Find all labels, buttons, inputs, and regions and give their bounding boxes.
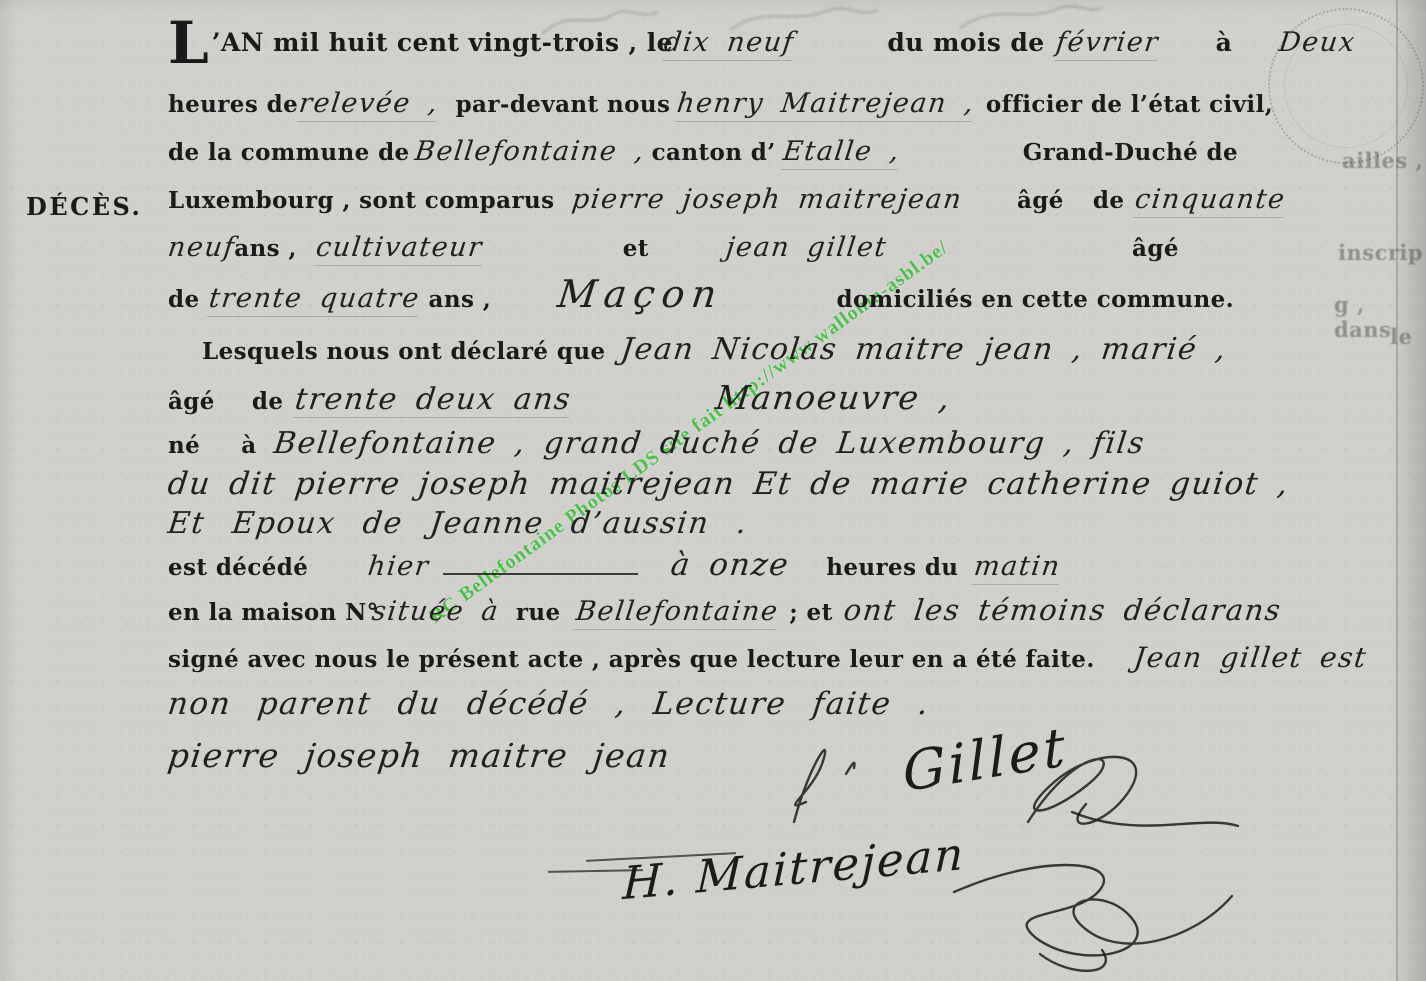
handwritten-deceased-name: Jean Nicolas maitre jean , marié , <box>618 333 1228 367</box>
handwritten-witness1-name: pierre joseph maitrejean <box>569 183 963 217</box>
handwritten-witness-mention: ont les témoins déclarans <box>842 593 1284 627</box>
printed-text: en la maison N° <box>168 596 379 630</box>
printed-text: est décédé <box>168 551 308 585</box>
signature-gillet: Gillet <box>901 715 1069 804</box>
printed-text: de <box>252 385 284 419</box>
act-type-label: DÉCÈS. <box>26 192 142 221</box>
handwritten-officer-name: henry Maitrejean , <box>675 87 977 122</box>
printed-text: ’AN mil huit cent vingt-trois , le <box>212 26 673 60</box>
printed-text: officier de l’état civil, <box>986 88 1273 122</box>
handwritten-time-of-day: relevée , <box>297 87 441 122</box>
line-death-place: en la maison N° située à rue Bellefontai… <box>168 593 1281 632</box>
printed-text: ans , <box>429 283 492 317</box>
printed-text: ; et <box>789 596 832 630</box>
handwritten-morning: matin <box>971 550 1062 585</box>
printed-text: du mois de <box>887 26 1044 60</box>
line-not-related-note: non parent du décédé , Lecture faite . <box>168 687 929 726</box>
line-witness-2: neuf ans , cultivateur et jean gillet âg… <box>168 231 1179 268</box>
printed-text: de la commune de <box>168 136 410 170</box>
printed-text: canton d’ <box>652 136 776 170</box>
line-birthplace: né à Bellefontaine , grand duché de Luxe… <box>168 427 1145 465</box>
printed-text: rue <box>516 596 561 630</box>
handwritten-birthplace: Bellefontaine , grand duché de Luxembour… <box>272 427 1147 461</box>
printed-text: Lesquels nous ont déclaré que <box>202 335 605 369</box>
line-parents: du dit pierre joseph maitrejean Et de ma… <box>168 467 1289 506</box>
line-witness-2-occupation: de trente quatre ans , Maçon domiciliés … <box>168 277 1234 319</box>
handwritten-month: février <box>1054 26 1161 61</box>
printed-text: à <box>1216 26 1233 60</box>
printed-text: âgé <box>1017 184 1064 218</box>
printed-text: signé avec nous le présent acte , après … <box>168 643 1095 677</box>
handwritten-witness1-age: cinquante <box>1133 183 1288 218</box>
death-certificate-scan: DÉCÈS. RC Bellefontaine Photos LDS site … <box>0 0 1426 981</box>
line-death-time: est décédé hier à onze heures du matin <box>168 548 1060 587</box>
handwritten-hour: Deux <box>1277 26 1358 60</box>
bleedthrough-fragment: le <box>1390 324 1412 349</box>
handwritten-not-related-note: non parent du décédé , Lecture faite . <box>166 687 932 721</box>
handwritten-deceased-occupation: Manoeuvre , <box>714 381 953 415</box>
handwritten-witness2-occupation: Maçon <box>556 277 725 311</box>
line-spouse: Et Epoux de Jeanne d’aussin . <box>168 507 748 545</box>
handwritten-deceased-age: trente deux ans <box>292 383 572 418</box>
handwritten-witness2-age: trente quatre <box>206 282 421 317</box>
printed-text: Grand-Duché de <box>1023 136 1238 170</box>
handwritten-spouse: Et Epoux de Jeanne d’aussin . <box>166 507 750 541</box>
printed-text: ans , <box>234 232 297 266</box>
line-witness-1: Luxembourg , sont comparus pierre joseph… <box>168 183 1286 220</box>
printed-text: domiciliés en cette commune. <box>837 283 1235 317</box>
handwritten-witness2-name: jean gillet <box>724 231 889 265</box>
line-officer: heures de relevée , par-devant nous henr… <box>168 87 1273 124</box>
handwritten-street: Bellefontaine <box>574 595 781 630</box>
printed-text: par-devant nous <box>456 88 671 122</box>
line-witness1-signature: pierre joseph maitre jean <box>168 739 670 779</box>
printed-text: heures de <box>168 88 298 122</box>
handwritten-commune: Bellefontaine , <box>413 135 647 169</box>
line-deceased-age: âgé de trente deux ans Manoeuvre , <box>168 381 951 421</box>
signature-h-maitrejean: H. Maitrejean <box>622 827 966 910</box>
handwritten-gillet-note: Jean gillet est <box>1132 641 1369 675</box>
handwritten-day: dix neuf <box>662 26 797 61</box>
printed-text: de <box>1093 184 1125 218</box>
line-commune: de la commune de Bellefontaine , canton … <box>168 135 1238 172</box>
handwritten-house-location: située à <box>370 595 501 629</box>
handwritten-parents: du dit pierre joseph maitrejean Et de ma… <box>166 467 1291 501</box>
printed-text: âgé <box>1132 232 1179 266</box>
printed-text: de <box>168 283 200 317</box>
handwritten-death-hour: à onze <box>669 548 791 582</box>
handwritten-age-continued: neuf <box>166 231 237 265</box>
printed-text: et <box>623 232 649 266</box>
maitrejean-paraph-flourish <box>930 858 1250 980</box>
line-signature-statement: signé avec nous le présent acte , après … <box>168 641 1367 679</box>
blank-filler-stroke <box>443 564 638 575</box>
handwritten-death-day: hier <box>366 550 431 584</box>
printed-text: Luxembourg , sont comparus <box>168 184 554 218</box>
handwritten-witness1-occupation: cultivateur <box>314 231 485 266</box>
bleedthrough-fragment: inscrip <box>1338 240 1423 265</box>
printed-text: à <box>241 429 256 463</box>
printed-text: heures du <box>826 551 958 585</box>
line-date-opening: L’AN mil huit cent vingt-trois , le dix … <box>168 26 1356 63</box>
printed-text: né <box>168 429 200 463</box>
line-declaration: Lesquels nous ont déclaré que Jean Nicol… <box>168 333 1226 371</box>
signature-pierre-joseph-maitrejean: pierre joseph maitre jean <box>166 739 673 773</box>
printed-text: âgé <box>168 385 215 419</box>
handwritten-canton: Etalle , <box>781 135 902 170</box>
bleedthrough-fragment: ailles , <box>1342 148 1423 173</box>
